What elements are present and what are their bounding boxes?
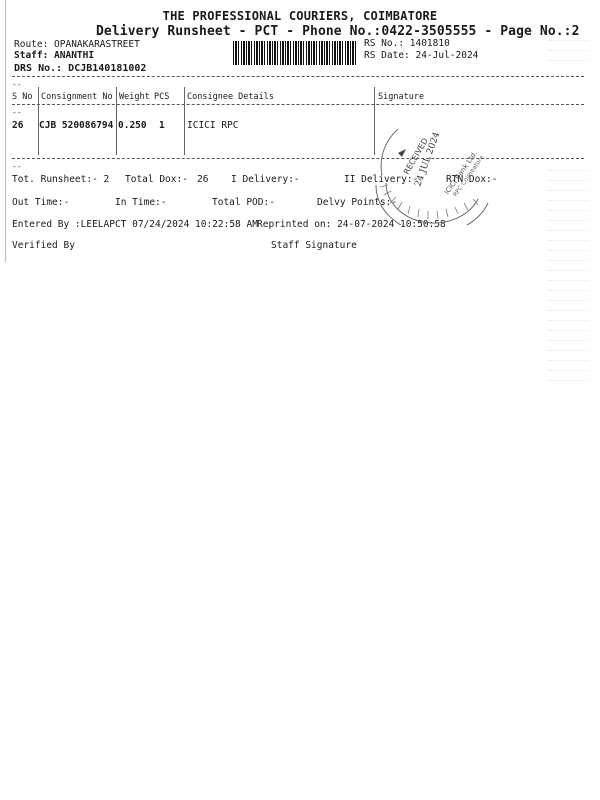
tot-runsheet: Tot. Runsheet:- 2 <box>12 174 109 185</box>
i-delivery: I Delivery:- <box>231 174 300 185</box>
divider <box>12 158 584 159</box>
svg-text:RECEIVED: RECEIVED <box>402 137 430 176</box>
total-pod: Total POD:- <box>212 197 275 208</box>
column-header-s-no: S No <box>12 92 32 102</box>
ii-delivery: II Delivery:- <box>344 174 418 185</box>
column-divider <box>374 87 375 155</box>
in-time: In Time:- <box>115 197 166 208</box>
column-divider <box>184 87 185 155</box>
barcode-image <box>233 41 356 65</box>
delvy-points: Delvy Points:- <box>317 197 397 208</box>
separator-mark: -- <box>12 80 22 89</box>
route-label: Route: OPANAKARASTREET <box>14 39 140 50</box>
divider <box>12 104 584 105</box>
rs-date: RS Date: 24-Jul-2024 <box>364 50 478 61</box>
cell-consignment-no: CJB 520086794 <box>39 120 113 131</box>
company-title: THE PROFESSIONAL COURIERS, COIMBATORE <box>0 9 600 23</box>
cell-weight: 0.250 <box>118 120 147 131</box>
staff-signature: Staff Signature <box>271 240 357 251</box>
cell-consignee: ICICI RPC <box>187 120 238 131</box>
cell-s-no: 26 <box>12 120 23 131</box>
out-time: Out Time:- <box>12 197 69 208</box>
column-divider <box>116 87 117 155</box>
divider <box>12 76 584 77</box>
cell-pcs: 1 <box>159 120 165 131</box>
staff-label: Staff: ANANTHI <box>14 50 94 61</box>
drs-number: DRS No.: DCJB140181002 <box>14 63 146 74</box>
column-header-pcs: PCS <box>154 92 169 102</box>
column-header-consignment-no: Consignment No <box>41 92 113 102</box>
separator-mark: -- <box>12 162 22 171</box>
column-header-signature: Signature <box>378 92 424 102</box>
reprinted-on: Reprinted on: 24-07-2024 10:50:58 <box>257 219 446 230</box>
verified-by: Verified By <box>12 240 75 251</box>
total-dox-value: 26 <box>197 174 208 185</box>
page-left-edge <box>5 0 6 262</box>
entered-by: Entered By :LEELAPCT 07/24/2024 10:22:58… <box>12 219 258 230</box>
total-dox-label: Total Dox:- <box>125 174 188 185</box>
rtn-dox: RTN Dox:- <box>446 174 497 185</box>
svg-text:ICICI Bank Ltd.: ICICI Bank Ltd. <box>443 150 479 197</box>
column-header-consignee-details: Consignee Details <box>187 92 274 102</box>
column-header-weight: Weight <box>119 92 150 102</box>
rs-number: RS No.: 1401810 <box>364 38 450 49</box>
runsheet-subtitle: Delivery Runsheet - PCT - Phone No.:0422… <box>96 24 580 39</box>
separator-mark: -- <box>12 108 22 117</box>
